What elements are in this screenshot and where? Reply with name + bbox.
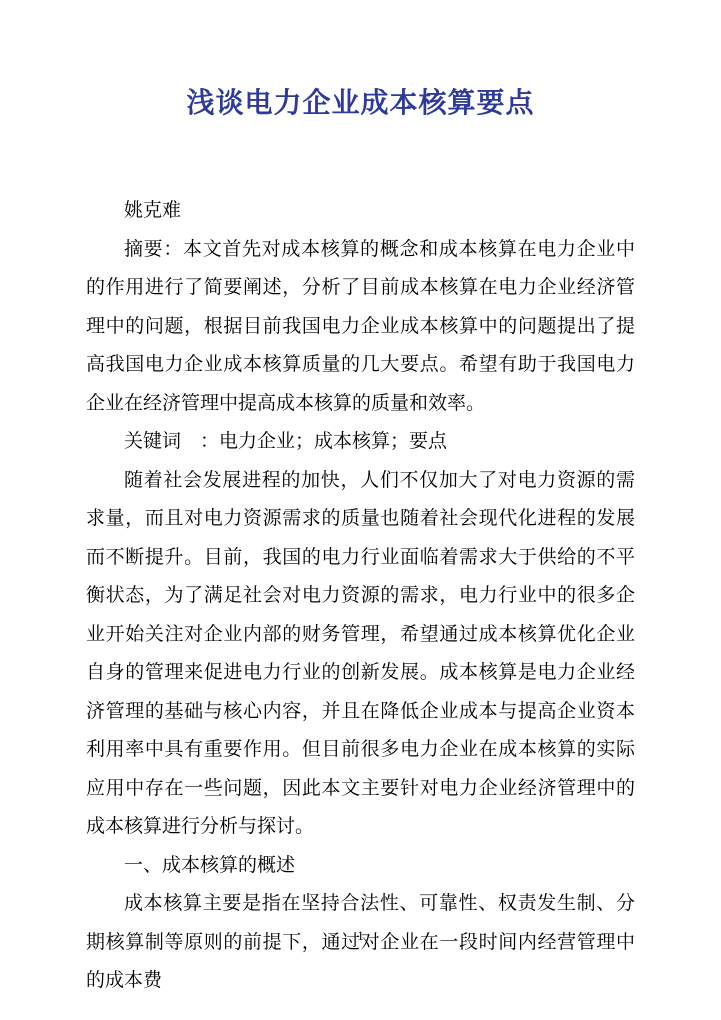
abstract-paragraph: 摘要：本文首先对成本核算的概念和成本核算在电力企业中的作用进行了简要阐述，分析了…: [86, 231, 635, 424]
document-title: 浅谈电力企业成本核算要点: [0, 0, 721, 125]
document-body: 姚克难 摘要：本文首先对成本核算的概念和成本核算在电力企业中的作用进行了简要阐述…: [86, 192, 635, 1001]
section-heading: 一、成本核算的概述: [86, 847, 635, 886]
intro-paragraph: 随着社会发展进程的加快，人们不仅加大了对电力资源的需求量，而且对电力资源需求的质…: [86, 462, 635, 847]
author-line: 姚克难: [86, 192, 635, 231]
document-page: 浅谈电力企业成本核算要点 姚克难 摘要：本文首先对成本核算的概念和成本核算在电力…: [0, 0, 721, 1020]
keywords-line: 关键词 ：电力企业；成本核算；要点: [86, 423, 635, 462]
page-number: 1: [0, 928, 721, 944]
